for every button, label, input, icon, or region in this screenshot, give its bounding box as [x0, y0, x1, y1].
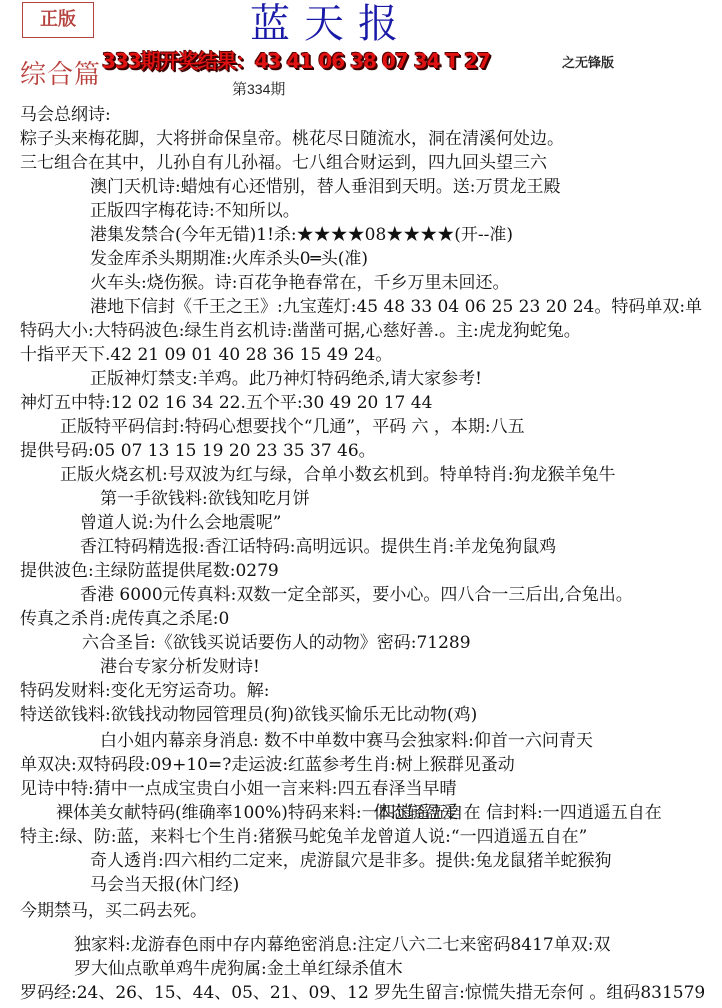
issue-suffix: 期: [270, 80, 285, 98]
line-text: 港台专家分析发财诗!: [100, 657, 260, 677]
issue-number: 第334期: [232, 78, 285, 99]
line-text: 正版特平码信封:特码心想要找个“几通”，平码 六 ，本期:八五: [60, 417, 525, 437]
text-line: 罗大仙点歌单鸡牛虎狗属:金土单红绿杀值木: [74, 958, 403, 980]
text-line: 正版神灯禁支:羊鸡。此乃神灯特码绝杀,请大家参考!: [90, 368, 482, 390]
text-line: 奇人透肖:四六相约二定来，虎游鼠穴是非多。提供:兔龙鼠猪羊蛇猴狗: [90, 850, 611, 872]
text-line: 正版火烧玄机:号双波为红与绿，合单小数玄机到。特单特肖:狗龙猴羊兔牛: [60, 464, 615, 486]
text-line: 特送欲钱料:欲钱找动物园管理员(狗)欲钱买愉乐无比动物(鸡): [20, 704, 477, 726]
text-line: 港地下信封《千王之王》:九宝莲灯:45 48 33 04 06 25 23 20…: [90, 296, 702, 318]
text-line: 火车头:烧伤猴。诗:百花争艳春常在，千乡万里未回还。: [90, 272, 509, 294]
text-line: 提供号码:05 07 13 15 19 20 23 35 37 46。: [20, 440, 376, 462]
text-line: 单双决:双特码段:09+10=?走运波:红蓝参考生肖:树上猴群见蚤动: [20, 754, 515, 776]
line-text: 罗码经:24、26、15、44、05、21、09、12 罗先生留言:惊慌失措无奈…: [20, 983, 705, 1003]
line-text: 曾道人说:为什么会地震呢”: [80, 513, 281, 533]
text-line: 粽子头来梅花脚，大将拼命保皇帝。桃花尽日随流水，洞在清溪何处边。: [20, 128, 564, 150]
text-line: 神灯五中特:12 02 16 34 22.五个平:30 49 20 17 44: [20, 392, 432, 414]
line-text: 见诗中特:猜中一点成宝贵白小姐一言来料:四五春泽当早晴: [20, 779, 456, 799]
line-text: 正版火烧玄机:号双波为红与绿，合单小数玄机到。特单特肖:狗龙猴羊兔牛: [60, 465, 615, 485]
line-text: 单双决:双特码段:09+10=?走运波:红蓝参考生肖:树上猴群见蚤动: [20, 755, 515, 775]
line-text: 港集发禁合(今年无错)1!杀:★★★★08★★★★(开--准): [90, 225, 513, 245]
issue-prefix: 第: [232, 80, 247, 98]
line-text: 马会当天报(休门经): [90, 875, 239, 895]
line-text: 火车头:烧伤猴。诗:百花争艳春常在，千乡万里未回还。: [90, 273, 509, 293]
draw-result-banner: 333期开奖结果：43 41 06 38 07 34 T 27: [102, 48, 490, 74]
line-text: 提供号码:05 07 13 15 19 20 23 35 37 46。: [20, 441, 376, 461]
line-text: 正版神灯禁支:羊鸡。此乃神灯特码绝杀,请大家参考!: [90, 369, 482, 389]
edition-label: 之无锋版: [562, 52, 614, 71]
line-text: 六合圣旨:《欲钱买说话要伤人的动物》密码:71289: [82, 633, 471, 653]
line-text: 传真之杀肖:虎传真之杀尾:0: [20, 609, 229, 629]
text-line: 传真之杀肖:虎传真之杀尾:0: [20, 608, 229, 630]
line-text: 奇人透肖:四六相约二定来，虎游鼠穴是非多。提供:兔龙鼠猪羊蛇猴狗: [90, 851, 611, 871]
line-text: 独家料:龙游春色雨中存内幕绝密消息:注定八六二七来密码8417单双:双: [74, 935, 610, 955]
text-line: 提供波色:主绿防蓝提供尾数:0279: [20, 560, 279, 582]
line-text: 香江特码精选报:香江话特码:高明远识。提供生肖:羊龙兔狗鼠鸡: [80, 537, 556, 557]
line-text: 白小姐内幕亲身消息: 数不中单数中赛马会独家料:仰首一六问青天: [100, 731, 593, 751]
text-line: 三七组合在其中，儿孙自有儿孙福。七八组合财运到，四九回头望三六: [20, 152, 547, 174]
text-line: 港集发禁合(今年无错)1!杀:★★★★08★★★★(开--准): [90, 224, 513, 246]
text-line: 曾道人说:为什么会地震呢”: [80, 512, 281, 534]
text-line: 香港 6000元传真料:双数一定全部买，要小心。四八合一三后出,合兔出。: [80, 584, 633, 606]
line-text: 今期禁马，买二码去死。: [20, 901, 207, 921]
line-text: 提供波色:主绿防蓝提供尾数:0279: [20, 561, 279, 581]
text-line: 裸体美女献特码(维确率100%)特码来料:一四逍遥五自在体态轻盈爱 信封料:一四…: [56, 802, 662, 824]
line-text: 马会总纲诗:: [20, 105, 111, 125]
text-line: 港台专家分析发财诗!: [100, 656, 260, 678]
line-tail: 信封料:一四逍遥五自在: [481, 803, 662, 823]
section-label: 综合篇: [20, 58, 101, 92]
line-text: 第一手欲钱料:欲钱知吃月饼: [100, 489, 310, 509]
line-text: 特码发财料:变化无穷运奇功。解:: [20, 681, 269, 701]
line-text: 澳门天机诗:蜡烛有心还惜别，替人垂泪到天明。送:万贯龙王殿: [90, 177, 560, 197]
line-text: 三七组合在其中，儿孙自有儿孙福。七八组合财运到，四九回头望三六: [20, 153, 547, 173]
text-line: 马会当天报(休门经): [90, 874, 239, 896]
newspaper-title: 蓝天报: [250, 0, 450, 48]
line-text: 粽子头来梅花脚，大将拼命保皇帝。桃花尽日随流水，洞在清溪何处边。: [20, 129, 564, 149]
line-text: 特码大小:大特码波色:绿生肖玄机诗:凿凿可据,心慈好善.。主:虎龙狗蛇兔。: [20, 321, 581, 341]
text-line: 罗码经:24、26、15、44、05、21、09、12 罗先生留言:惊慌失措无奈…: [20, 982, 705, 1004]
text-line: 特码发财料:变化无穷运奇功。解:: [20, 680, 269, 702]
stamp-zhengban: 正版: [22, 2, 94, 38]
text-line: 特码大小:大特码波色:绿生肖玄机诗:凿凿可据,心慈好善.。主:虎龙狗蛇兔。: [20, 320, 581, 342]
line-text: 发金库杀头期期准:火库杀头0═头(准): [90, 249, 368, 269]
text-line: 发金库杀头期期准:火库杀头0═头(准): [90, 248, 368, 270]
text-line: 今期禁马，买二码去死。: [20, 900, 207, 922]
text-line: 正版四字梅花诗:不知所以。: [90, 200, 300, 222]
text-line: 香江特码精选报:香江话特码:高明远识。提供生肖:羊龙兔狗鼠鸡: [80, 536, 556, 558]
overlapping-text: 一四逍遥五自在体态轻盈爱: [362, 802, 481, 824]
line-text: 裸体美女献特码(维确率100%)特码来料:: [56, 803, 362, 823]
text-line: 正版特平码信封:特码心想要找个“几通”，平码 六 ，本期:八五: [60, 416, 525, 438]
text-line: 独家料:龙游春色雨中存内幕绝密消息:注定八六二七来密码8417单双:双: [74, 934, 610, 956]
line-text: 特送欲钱料:欲钱找动物园管理员(狗)欲钱买愉乐无比动物(鸡): [20, 705, 477, 725]
line-text: 正版四字梅花诗:不知所以。: [90, 201, 300, 221]
text-line: 见诗中特:猜中一点成宝贵白小姐一言来料:四五春泽当早晴: [20, 778, 456, 800]
line-text: 特主:绿、防:蓝，来料七个生肖:猪猴马蛇兔羊龙曾道人说:“一四逍遥五自在”: [20, 827, 587, 847]
line-text: 港地下信封《千王之王》:九宝莲灯:45 48 33 04 06 25 23 20…: [90, 297, 702, 317]
text-line: 澳门天机诗:蜡烛有心还惜别，替人垂泪到天明。送:万贯龙王殿: [90, 176, 560, 198]
text-line: 特主:绿、防:蓝，来料七个生肖:猪猴马蛇兔羊龙曾道人说:“一四逍遥五自在”: [20, 826, 587, 848]
text-line: 十指平天下.42 21 09 01 40 28 36 15 49 24。: [20, 344, 392, 366]
line-text: 罗大仙点歌单鸡牛虎狗属:金土单红绿杀值木: [74, 959, 403, 979]
text-line: 第一手欲钱料:欲钱知吃月饼: [100, 488, 310, 510]
text-line: 马会总纲诗:: [20, 104, 111, 126]
line-text: 十指平天下.42 21 09 01 40 28 36 15 49 24。: [20, 345, 392, 365]
line-text: 神灯五中特:12 02 16 34 22.五个平:30 49 20 17 44: [20, 393, 432, 413]
text-line: 白小姐内幕亲身消息: 数不中单数中赛马会独家料:仰首一六问青天: [100, 730, 593, 752]
issue-value: 334: [247, 81, 270, 97]
text-line: 六合圣旨:《欲钱买说话要伤人的动物》密码:71289: [82, 632, 471, 654]
line-text: 香港 6000元传真料:双数一定全部买，要小心。四八合一三后出,合兔出。: [80, 585, 633, 605]
